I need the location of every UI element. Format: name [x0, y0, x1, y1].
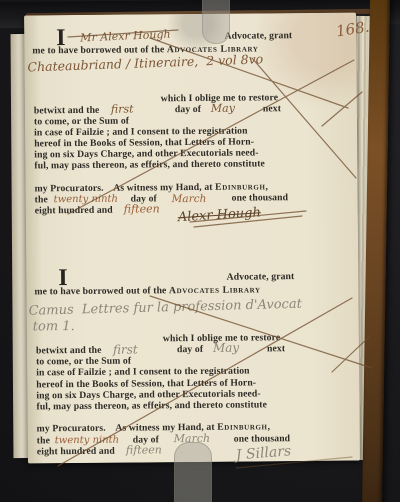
signature-handwritten-2: J Sillars	[235, 445, 291, 461]
year-word-handwritten-1: fifteen	[124, 203, 160, 215]
betwixt-text: betwixt and the	[34, 105, 100, 117]
return-month-handwritten-1: May	[211, 103, 235, 115]
page-holder-tab-bottom	[174, 442, 212, 502]
book-title-handwritten-2b: tom 1.	[33, 321, 75, 333]
ful-line-2: ful, may pass thereon, as effeirs, and t…	[36, 399, 267, 412]
edinburgh-label: Edinburgh,	[215, 181, 268, 192]
advocate-grant-text: Advocate, grant	[206, 271, 294, 283]
book-title-handwritten-1: Chateaubriand / Itineraire, 2 vol 8vo	[27, 53, 263, 73]
manuscript-page: I Mr Alexr Hough Advocate, grant me to h…	[24, 13, 360, 464]
borrowed-prefix: me to have borrowed out of the	[34, 285, 169, 297]
signature-handwritten-1: Alexr Hough	[178, 207, 262, 224]
year-line-1: eight hundred and fifteen	[26, 203, 306, 219]
betwixt-text: betwixt and the	[36, 345, 102, 357]
the-text: the	[37, 435, 50, 446]
next-text: next	[267, 343, 285, 354]
the-text: the	[35, 194, 48, 205]
book-photograph: I Mr Alexr Hough Advocate, grant me to h…	[0, 0, 400, 502]
return-day-handwritten-2: first	[113, 343, 138, 355]
borrower-name-handwritten: Mr Alexr Hough	[80, 29, 171, 45]
return-day-handwritten-1: first	[111, 104, 134, 116]
page-holder-tab-top	[202, 0, 230, 44]
one-thousand-text: one thousand	[232, 192, 288, 203]
year-word-handwritten-2: fifteen	[126, 444, 162, 456]
failzie-line-2: in case of Failzie ; and I consent to th…	[36, 366, 250, 379]
day-of-text: day of	[177, 344, 203, 355]
edinburgh-label: Edinburgh,	[217, 421, 270, 432]
advocates-library-label: Advocates Library	[169, 284, 261, 296]
eight-hundred-text: eight hundred and	[37, 446, 115, 458]
to-come-line-2: to come, or the Sum of	[36, 356, 131, 368]
next-text: next	[263, 103, 281, 114]
return-month-handwritten-2: May	[213, 342, 239, 354]
eight-hundred-text: eight hundred and	[35, 205, 113, 217]
book-title-handwritten-2a: Camus Lettres fur la profession d'Avocat	[29, 299, 303, 318]
ful-line-1: ful, may pass thereon, as effeirs, and t…	[34, 158, 265, 171]
borrowed-line: me to have borrowed out of the Advocates…	[34, 284, 260, 297]
to-come-line-1: to come, or the Sum of	[34, 116, 129, 128]
procurators-line-2: my Procurators. As witness my Hand, at E…	[37, 421, 271, 434]
day-of-text: day of	[175, 104, 201, 115]
